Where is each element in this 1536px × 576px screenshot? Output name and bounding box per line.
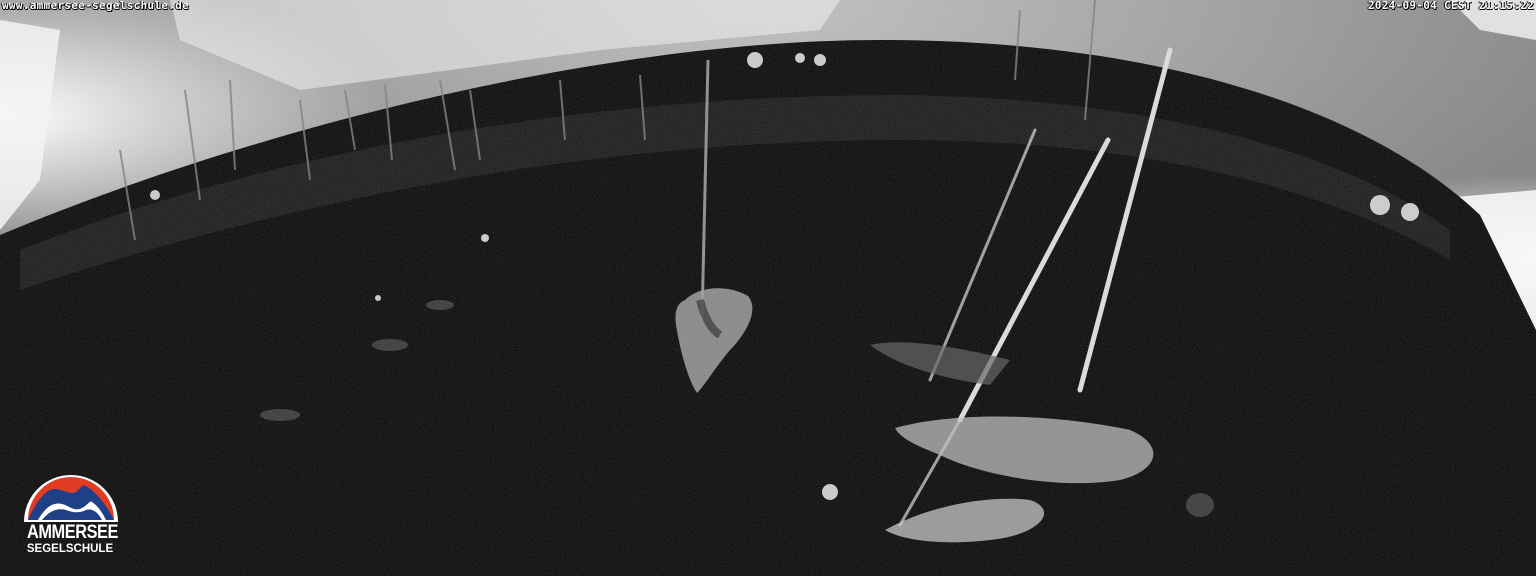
harbour-scene xyxy=(0,0,1536,576)
sun-wave-emblem-icon xyxy=(20,456,122,526)
capture-timestamp: 2024-09-04 CEST 21:15:22 xyxy=(1368,0,1534,12)
webcam-image: www.ammersee-segelschule.de 2024-09-04 C… xyxy=(0,0,1536,576)
logo-brand-text: AMMERSEE xyxy=(27,522,113,544)
watermark-url: www.ammersee-segelschule.de xyxy=(2,0,189,12)
logo-subtitle-text: SEGELSCHULE xyxy=(20,543,120,555)
ammersee-segelschule-logo: AMMERSEE SEGELSCHULE xyxy=(20,456,122,560)
